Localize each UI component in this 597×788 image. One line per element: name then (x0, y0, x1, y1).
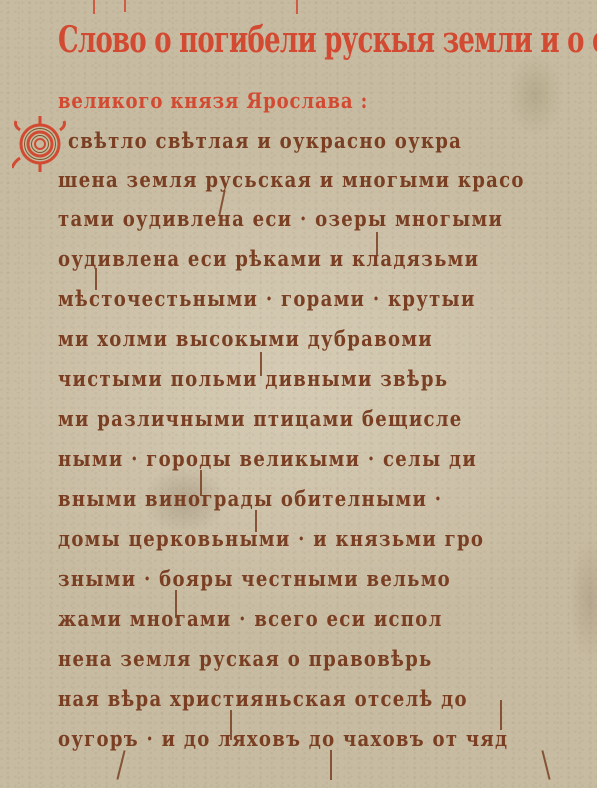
text-line-11: домы церковьными · и князьми гро (58, 526, 484, 552)
text-line-5: мѣсточестьными · горами · крутыи (58, 286, 476, 312)
decorative-stroke (124, 0, 126, 12)
descender-stroke (95, 268, 97, 290)
descender-stroke (255, 510, 257, 532)
descender-stroke (330, 750, 332, 780)
text-line-4: оудивлена еси рѣками и кладязьми (58, 246, 479, 272)
decorative-stroke (93, 0, 95, 14)
manuscript-page: Слово о погибели рускыя земли и о смерти… (0, 0, 597, 788)
descender-stroke (260, 352, 262, 376)
text-line-7: чистыми польми дивными звѣрь (58, 366, 448, 392)
rubric-title: Слово о погибели рускыя земли и о смерти (58, 20, 432, 60)
descender-stroke (200, 470, 202, 496)
text-line-14: нена земля руская о правовѣрь (58, 646, 433, 672)
descender-stroke (541, 750, 550, 780)
text-line-6: ми холми высокыми дубравоми (58, 326, 433, 352)
text-line-2: шена земля русьская и многыми красо (58, 167, 525, 193)
text-line-16: оугоръ · и до ляховъ до чаховъ от чяд (58, 726, 508, 752)
text-line-9: ными · городы великыми · селы ди (58, 446, 477, 472)
text-line-3: тами оудивлена еси · озеры многыми (58, 206, 503, 232)
descender-stroke (175, 590, 177, 618)
decorative-stroke (296, 0, 298, 14)
descender-stroke (500, 700, 502, 730)
text-line-13: жами многами · всего еси испол (58, 606, 443, 632)
descender-stroke (116, 750, 125, 780)
text-line-8: ми различными птицами бещисле (58, 406, 463, 432)
text-line-12: зными · бояры честными вельмо (58, 566, 451, 592)
rubric-subtitle: великого князя Ярослава : (58, 88, 368, 114)
decorated-initial-icon (12, 116, 68, 172)
descender-stroke (376, 232, 378, 256)
text-line-10: вными винограды обителными · (58, 486, 442, 512)
text-line-1: свѣтло свѣтлая и оукрасно оукра (68, 128, 462, 154)
descender-stroke (230, 710, 232, 740)
text-line-15: ная вѣра християньская отселѣ до (58, 686, 468, 712)
